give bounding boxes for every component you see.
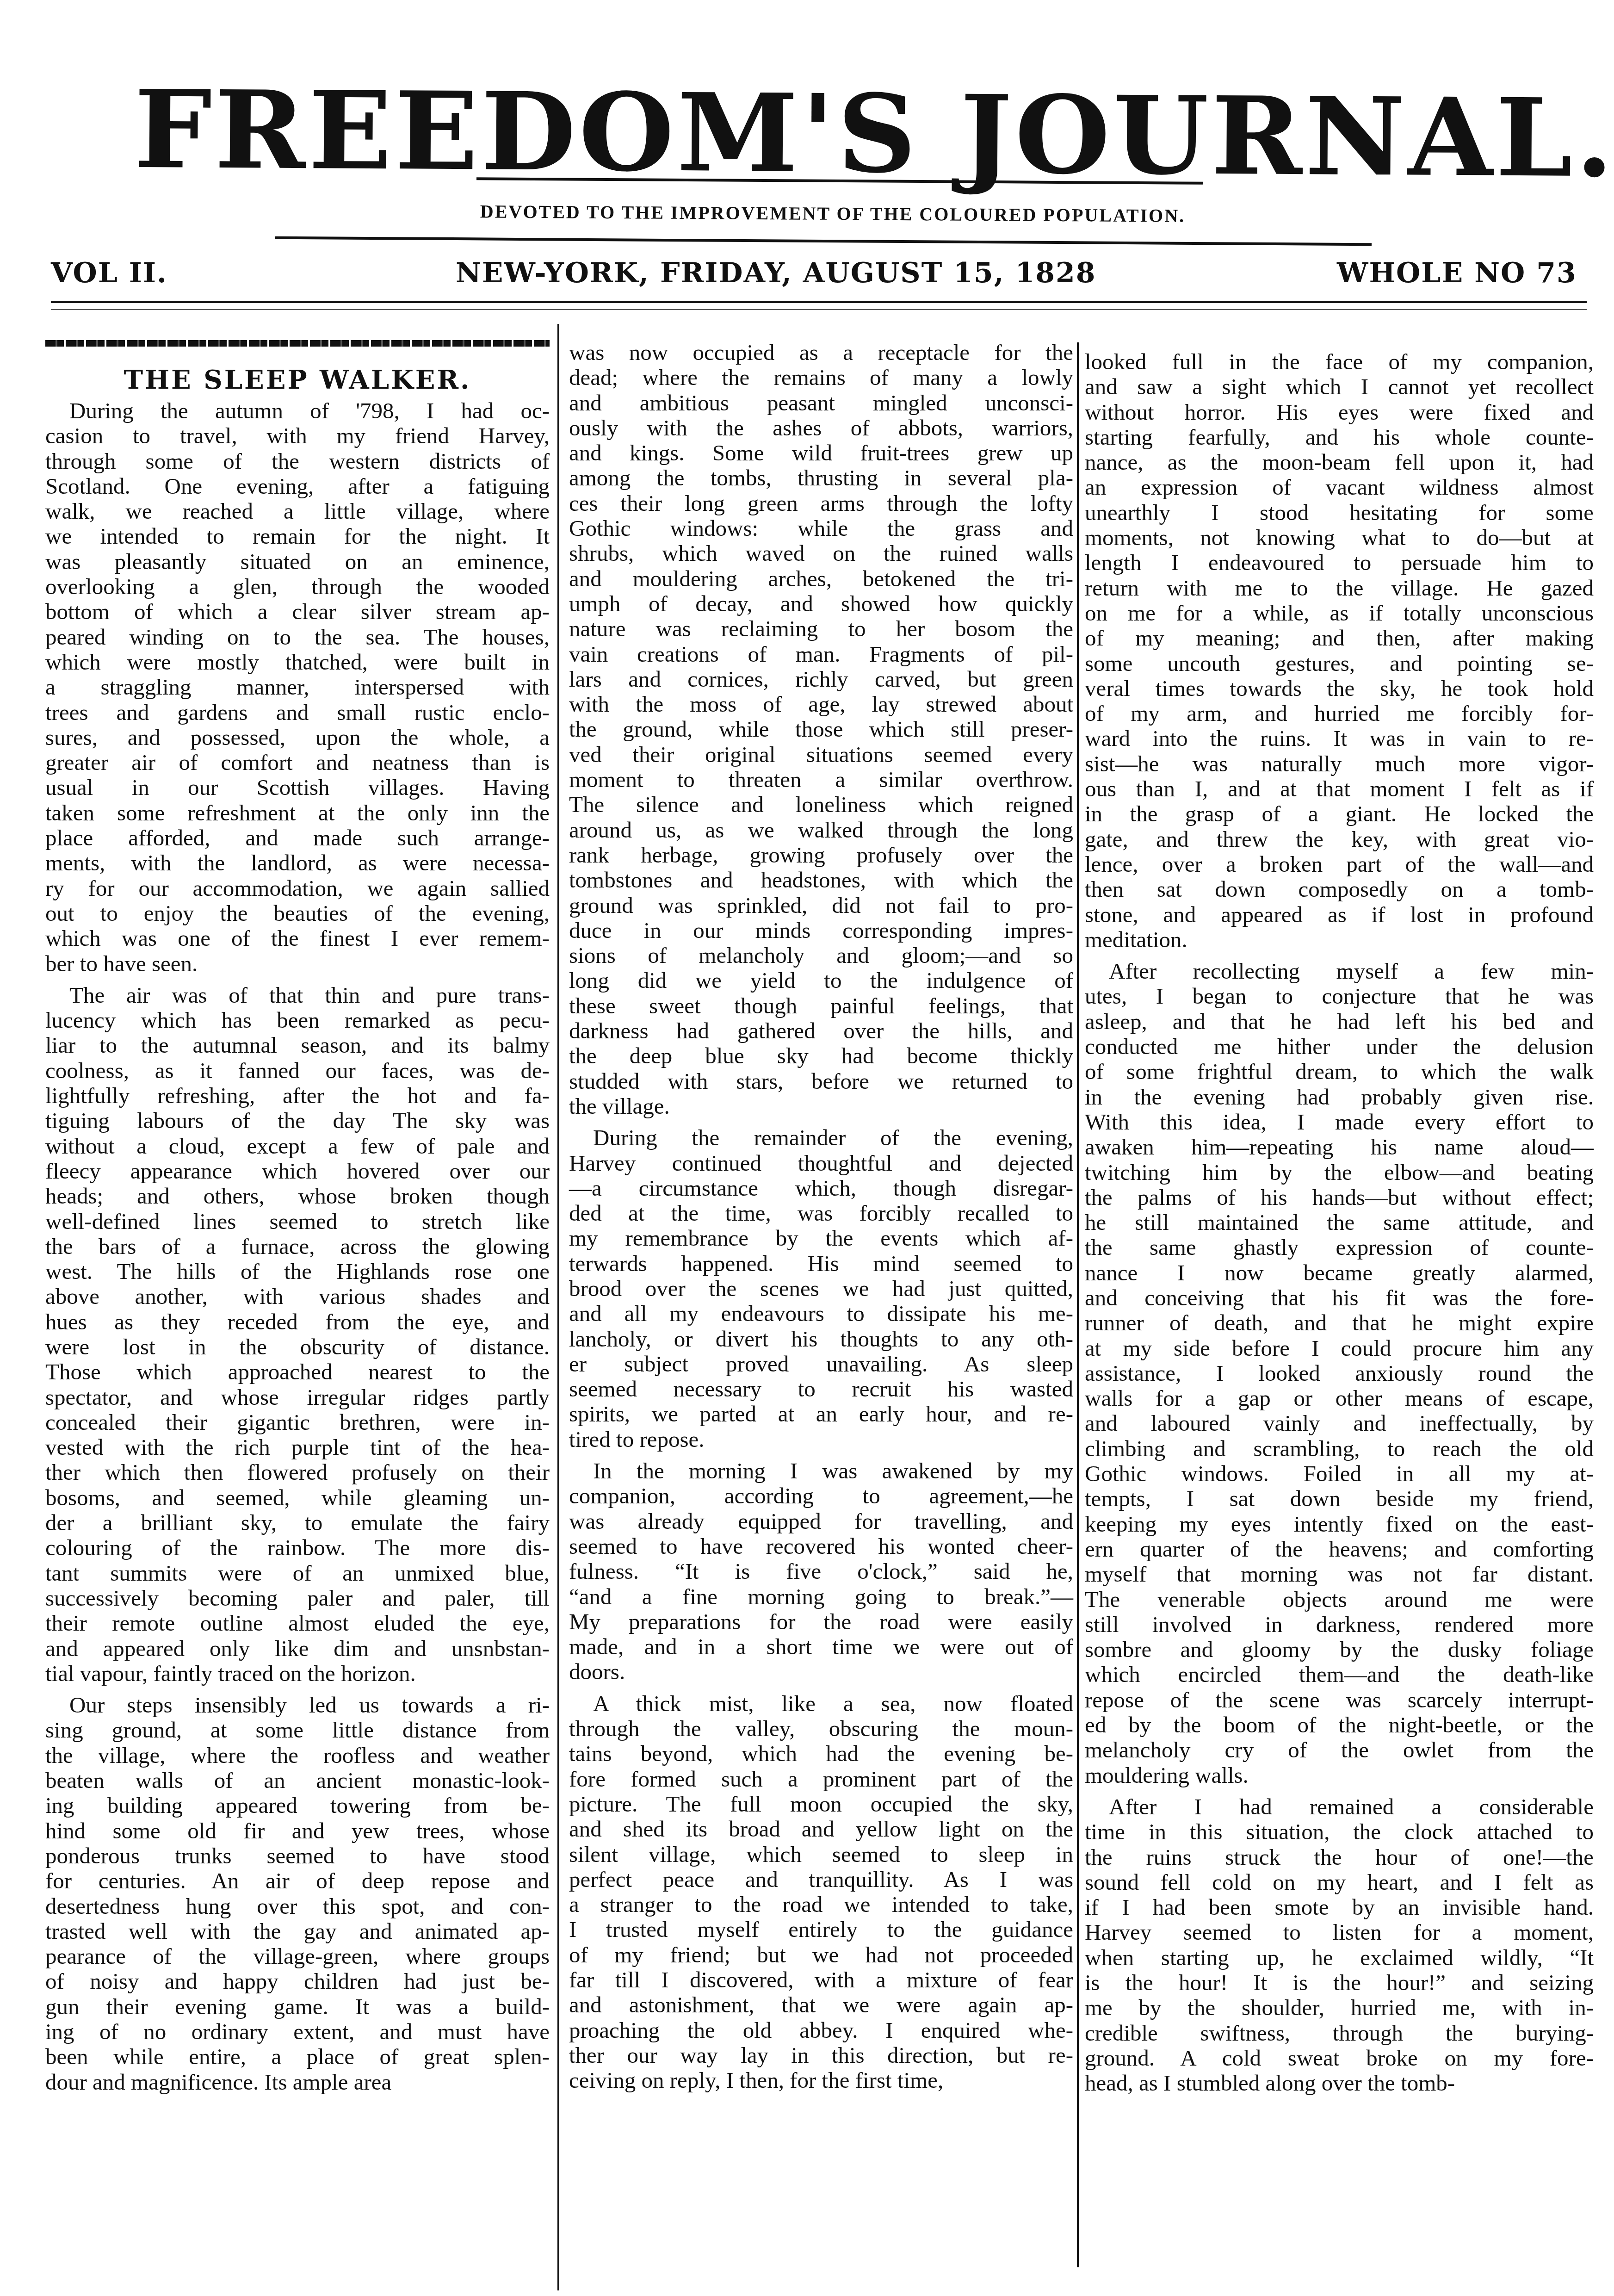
text-line: keeping my eyes intently fixed on the ea… [1085,1512,1594,1537]
text-line: sound fell cold on my heart, and I felt … [1085,1870,1594,1895]
text-line: place afforded, and made such arrange- [45,825,550,850]
text-line: length I endeavoured to persuade him to [1085,550,1594,575]
text-line: desertedness hung over this spot, and co… [45,1894,550,1919]
text-line: After recollecting myself a few min- [1085,959,1594,984]
article-paragraph: After recollecting myself a few min-utes… [1085,959,1594,1788]
article-column-3: looked full in the face of my companion,… [1085,349,1594,2096]
text-line: around us, as we walked through the long [569,818,1073,843]
text-line: unearthly I stood hesitating for some [1085,500,1594,525]
text-line: tempts, I sat down beside my friend, [1085,1486,1594,1511]
text-line: twitching him by the elbow—and beating [1085,1160,1594,1185]
text-line: vain creations of man. Fragments of pil- [569,642,1073,667]
text-line: credible swiftness, through the burying- [1085,2021,1594,2046]
text-line: head, as I stumbled along over the tomb- [1085,2071,1594,2096]
text-line: west. The hills of the Highlands rose on… [45,1259,550,1284]
text-line: sions of melancholy and gloom;—and so [569,943,1073,968]
text-line: when starting up, he exclaimed wildly, “… [1085,1945,1594,1970]
text-line: starting fearfully, and his whole counte… [1085,425,1594,450]
text-line: veral times towards the sky, he took hol… [1085,676,1594,701]
text-line: duce in our minds corresponding impres- [569,918,1073,943]
paragraph-gap [569,1119,1073,1125]
text-line: seemed necessary to recruit his wasted [569,1377,1073,1402]
text-line: perfect peace and tranquillity. As I was [569,1867,1073,1892]
text-line: walk, we reached a little village, where [45,499,550,524]
text-line: dour and magnificence. Its ample area [45,2070,550,2095]
text-line: ces their long green arms through the lo… [569,491,1073,516]
text-line: ing of no ordinary extent, and must have [45,2019,550,2044]
text-line: Scotland. One evening, after a fatiguing [45,474,550,499]
text-line: A thick mist, like a sea, now floated [569,1691,1073,1716]
text-line: moments, not knowing what to do—but at [1085,525,1594,550]
text-line: bosoms, and seemed, while gleaming un- [45,1485,550,1510]
text-line: utes, I began to conjecture that he was [1085,984,1594,1009]
text-line: these sweet though painful feelings, tha… [569,993,1073,1018]
text-line: doors. [569,1659,1073,1684]
article-paragraph: During the autumn of '798, I had oc-casi… [45,398,550,976]
text-line: mouldering walls. [1085,1763,1594,1788]
text-line: ing building appeared towering from be- [45,1793,550,1818]
text-line: Gothic windows. Foiled in all my at- [1085,1461,1594,1486]
article-paragraph: looked full in the face of my companion,… [1085,349,1594,952]
text-line: darkness had gathered over the hills, an… [569,1018,1073,1043]
text-line: tombstones and headstones, with which th… [569,868,1073,893]
text-line: and astonishment, that we were again ap- [569,1992,1073,2017]
text-line: without a cloud, except a few of pale an… [45,1134,550,1159]
text-line: usual in our Scottish villages. Having [45,775,550,800]
text-line: asleep, and that he had left his bed and [1085,1009,1594,1034]
text-line: if I had been smote by an invisible hand… [1085,1895,1594,1920]
text-line: trees and gardens and small rustic enclo… [45,700,550,725]
text-line: lars and cornices, richly carved, but gr… [569,667,1073,692]
text-line: tial vapour, faintly traced on the horiz… [45,1661,550,1686]
text-line: were lost in the obscurity of distance. [45,1334,550,1359]
text-line: hues as they receded from the eye, and [45,1309,550,1334]
text-line: er subject proved unavailing. As sleep [569,1352,1073,1377]
text-line: above another, with various shades and [45,1284,550,1309]
text-line: which was one of the finest I ever remem… [45,926,550,951]
text-line: ground was sprinkled, did not fail to pr… [569,893,1073,918]
text-line: meditation. [1085,927,1594,952]
column-divider-2 [1077,342,1079,2267]
text-line: a straggling manner, interspersed with [45,675,550,700]
text-line: and ambitious peasant mingled unconsci- [569,391,1073,416]
whole-number-label: WHOLE NO 73 [1337,257,1577,289]
text-line: runner of death, and that he might expir… [1085,1310,1594,1335]
text-line: out to enjoy the beauties of the evening… [45,901,550,926]
text-line: and kings. Some wild fruit-trees grew up [569,441,1073,465]
text-line: myself that morning was not far distant. [1085,1562,1594,1587]
text-line: heads; and others, whose broken though [45,1184,550,1209]
text-line: still involved in darkness, rendered mor… [1085,1612,1594,1637]
text-line: of my arm, and hurried me forcibly for- [1085,701,1594,726]
paragraph-gap [45,1686,550,1693]
text-line: far till I discovered, with a mixture of… [569,1967,1073,1992]
text-line: ed by the boom of the night-beetle, or t… [1085,1713,1594,1738]
text-line: tiguing labours of the day The sky was [45,1108,550,1133]
text-line: then sat down composedly on a tomb- [1085,877,1594,902]
text-line: “and a fine morning going to break.”— [569,1584,1073,1609]
text-line: among the tombs, thrusting in several pl… [569,465,1073,490]
text-line: on me for a while, as if totally unconsc… [1085,601,1594,626]
text-line: liar to the autumnal season, and its bal… [45,1033,550,1058]
paragraph-gap [569,1685,1073,1691]
paragraph-gap [569,1452,1073,1458]
text-line: der a brilliant sky, to emulate the fair… [45,1510,550,1535]
text-line: tired to repose. [569,1427,1073,1452]
text-line: overlooking a glen, through the wooded [45,574,550,599]
text-line: sing ground, at some little distance fro… [45,1718,550,1743]
text-line: long did we yield to the indulgence of [569,968,1073,993]
text-line: ded at the time, was forcibly recalled t… [569,1201,1073,1226]
text-line: my remembrance by the events which af- [569,1226,1073,1251]
text-line: The venerable objects around me were [1085,1587,1594,1612]
text-line: and mouldering arches, betokened the tri… [569,566,1073,591]
text-line: studded with stars, before we returned t… [569,1069,1073,1094]
text-line: ern quarter of the heavens; and comforti… [1085,1537,1594,1562]
text-line: at my side before I could procure him an… [1085,1336,1594,1361]
text-line: of my friend; but we had not proceeded [569,1942,1073,1967]
text-line: was now occupied as a receptacle for the [569,340,1073,365]
text-line: tant summits were of an unmixed blue, [45,1561,550,1586]
text-line: the village. [569,1094,1073,1119]
text-line: was pleasantly situated on an eminence, [45,549,550,574]
text-line: nature was reclaiming to her bosom the [569,616,1073,641]
text-line: some uncouth gestures, and pointing se- [1085,651,1594,676]
volume-label: VOL II. [51,257,167,289]
text-line: fore formed such a prominent part of the [569,1767,1073,1792]
text-line: through some of the western districts of [45,449,550,474]
dateline-rule-bottom [51,309,1587,310]
masthead-rule-long [275,236,1372,246]
text-line: ward into the ruins. It was in vain to r… [1085,726,1594,751]
text-line: their remote outline almost eluded the e… [45,1611,550,1636]
text-line: walls for a gap or other means of escape… [1085,1386,1594,1411]
text-line: return with me to the village. He gazed [1085,576,1594,601]
text-line: beaten walls of an ancient monastic-look… [45,1768,550,1793]
text-line: was already equipped for travelling, and [569,1509,1073,1534]
text-line: sombre and gloomy by the dusky foliage [1085,1637,1594,1662]
text-line: My preparations for the road were easily [569,1609,1073,1634]
text-line: ponderous trunks seemed to have stood [45,1843,550,1868]
text-line: rank herbage, growing profusely over the [569,843,1073,868]
text-line: without horror. His eyes were fixed and [1085,400,1594,425]
text-line: ry for our accommodation, we again salli… [45,876,550,901]
text-line: of noisy and happy children had just be- [45,1969,550,1994]
text-line: me by the shoulder, hurried me, with in- [1085,1995,1594,2020]
text-line: During the remainder of the evening, [569,1125,1073,1150]
text-line: conducted me hither under the delusion [1085,1034,1594,1059]
text-line: the palms of his hands—but without effec… [1085,1185,1594,1210]
text-line: moment to threaten a similar overthrow. [569,767,1073,792]
newspaper-title: FREEDOM'S JOURNAL. [134,69,1569,199]
text-line: hind some old fir and yew trees, whose [45,1818,550,1843]
text-line: vested with the rich purple tint of the … [45,1435,550,1460]
text-line: a stranger to the road we intended to ta… [569,1892,1073,1917]
text-line: repose of the scene was scarcely interru… [1085,1688,1594,1713]
text-line: ther which then flowered profusely on th… [45,1460,550,1485]
text-line: made, and in a short time we were out of [569,1634,1073,1659]
text-line: the village, where the roofless and weat… [45,1743,550,1768]
text-line: lightfully refreshing, after the hot and… [45,1083,550,1108]
text-line: Our steps insensibly led us towards a ri… [45,1693,550,1718]
article-paragraph: In the morning I was awakened by mycompa… [569,1458,1073,1685]
text-line: sist—he was naturally much more vigor- [1085,751,1594,776]
text-line: through the valley, obscuring the moun- [569,1716,1073,1741]
text-line: concealed their gigantic brethren, were … [45,1410,550,1435]
text-line: assistance, I looked anxiously round the [1085,1361,1594,1386]
text-line: companion, according to agreement,—he [569,1483,1073,1508]
text-line: With this idea, I made every effort to [1085,1110,1594,1135]
text-line: pearance of the village-green, where gro… [45,1944,550,1969]
text-line: trasted well with the gay and animated a… [45,1919,550,1944]
text-line: spectator, and whose irregular ridges pa… [45,1385,550,1410]
article-headline: THE SLEEP WALKER. [45,361,550,398]
text-line: proaching the old abbey. I enquired whe- [569,2018,1073,2043]
text-line: in the evening had probably given rise. [1085,1085,1594,1110]
text-line: peared winding on to the sea. The houses… [45,625,550,650]
article-paragraph: A thick mist, like a sea, now floatedthr… [569,1691,1073,2093]
text-line: dead; where the remains of many a lowly [569,365,1073,390]
text-line: fleecy appearance which hovered over our [45,1159,550,1184]
text-line: lence, over a broken part of the wall—an… [1085,852,1594,877]
issue-dateline: NEW-YORK, FRIDAY, AUGUST 15, 1828 [456,257,1096,289]
text-line: sures, and possessed, upon the whole, a [45,725,550,750]
text-line: ber to have seen. [45,951,550,976]
text-line: In the morning I was awakened by my [569,1458,1073,1483]
text-line: the same ghastly expression of counte- [1085,1235,1594,1260]
text-line: with the moss of age, lay strewed about [569,692,1073,717]
text-line: ground. A cold sweat broke on my fore- [1085,2046,1594,2071]
text-line: Harvey seemed to listen for a moment, [1085,1920,1594,1945]
text-line: After I had remained a considerable [1085,1794,1594,1819]
text-line: and saw a sight which I cannot yet recol… [1085,374,1594,399]
text-line: ceiving on reply, I then, for the first … [569,2068,1073,2093]
paragraph-gap [1085,952,1594,959]
text-line: silent village, which seemed to sleep in [569,1842,1073,1867]
article-paragraph: After I had remained a considerabletime … [1085,1794,1594,2096]
text-line: which encircled them—and the death-like [1085,1662,1594,1687]
text-line: been while entire, a place of great sple… [45,2044,550,2069]
column-body: looked full in the face of my companion,… [1085,349,1594,2096]
text-line: bottom of which a clear silver stream ap… [45,599,550,624]
article-column-1: THE SLEEP WALKER. During the autumn of '… [45,345,550,2095]
text-line: the deep blue sky had become thickly [569,1043,1073,1068]
paragraph-gap [45,976,550,983]
text-line: I trusted myself entirely to the guidanc… [569,1917,1073,1942]
column-divider-1 [557,324,559,2290]
text-line: taken some refreshment at the only inn t… [45,800,550,825]
text-line: successively becoming paler and paler, t… [45,1586,550,1611]
text-line: stone, and appeared as if lost in profou… [1085,902,1594,927]
text-line: and conceiving that his fit was the fore… [1085,1285,1594,1310]
dateline-rule-top [51,301,1587,303]
text-line: which were mostly thatched, were built i… [45,650,550,675]
text-line: Those which approached nearest to the [45,1359,550,1384]
text-line: nance, as the moon-beam fell upon it, ha… [1085,450,1594,475]
column-body: During the autumn of '798, I had oc-casi… [45,398,550,2095]
text-line: the ruins struck the hour of one!—the [1085,1845,1594,1870]
text-line: nance I now became greatly alarmed, [1085,1260,1594,1285]
text-line: The silence and loneliness which reigned [569,792,1073,817]
text-line: ther our way lay in this direction, but … [569,2043,1073,2068]
article-paragraph: During the remainder of the evening,Harv… [569,1125,1073,1452]
text-line: melancholy cry of the owlet from the [1085,1738,1594,1762]
text-line: the bars of a furnace, across the glowin… [45,1234,550,1259]
text-line: tains beyond, which had the evening be- [569,1741,1073,1766]
text-line: and shed its broad and yellow light on t… [569,1817,1073,1842]
text-line: gate, and threw the key, with great vio- [1085,827,1594,852]
text-line: seemed to have recovered his wonted chee… [569,1534,1073,1559]
text-line: we intended to remain for the night. It [45,524,550,549]
text-line: he still maintained the same attitude, a… [1085,1210,1594,1235]
text-line: spirits, we parted at an early hour, and… [569,1402,1073,1427]
text-line: ously with the ashes of abbots, warriors… [569,416,1073,441]
text-line: in the grasp of a giant. He locked the [1085,801,1594,826]
text-line: shrubs, which waved on the ruined walls [569,541,1073,566]
text-line: umph of decay, and showed how quickly [569,591,1073,616]
text-line: lancholy, or divert his thoughts to any … [569,1327,1073,1352]
text-line: awaken him—repeating his name aloud— [1085,1135,1594,1160]
article-paragraph: The air was of that thin and pure trans-… [45,983,550,1686]
text-line: the ground, while those which still pres… [569,717,1073,742]
text-line: and laboured vainly and ineffectually, b… [1085,1411,1594,1436]
text-line: The air was of that thin and pure trans- [45,983,550,1008]
text-line: ous than I, and at that moment I felt as… [1085,776,1594,801]
text-line: fulness. “It is five o'clock,” said he, [569,1559,1073,1584]
text-line: During the autumn of '798, I had oc- [45,398,550,423]
text-line: colouring of the rainbow. The more dis- [45,1535,550,1560]
text-line: well-defined lines seemed to stretch lik… [45,1209,550,1234]
newspaper-motto: DEVOTED TO THE IMPROVEMENT OF THE COLOUR… [324,199,1342,227]
text-line: time in this situation, the clock attach… [1085,1819,1594,1844]
text-line: picture. The full moon occupied the sky, [569,1792,1073,1817]
text-line: gun their evening game. It was a build- [45,1994,550,2019]
text-line: an expression of vacant wildness almost [1085,475,1594,500]
text-line: for centuries. An air of deep repose and [45,1868,550,1893]
text-line: and appeared only like dim and unsnbstan… [45,1636,550,1661]
column-body: was now occupied as a receptacle for the… [569,340,1073,2093]
text-line: and all my endeavours to dissipate his m… [569,1301,1073,1326]
text-line: looked full in the face of my companion, [1085,349,1594,374]
text-line: Gothic windows: while the grass and [569,516,1073,541]
text-line: ments, with the landlord, as were necess… [45,850,550,875]
text-line: terwards happened. His mind seemed to [569,1251,1073,1276]
text-line: greater air of comfort and neatness than… [45,750,550,775]
text-line: lucency which has been remarked as pecu- [45,1008,550,1033]
article-paragraph: was now occupied as a receptacle for the… [569,340,1073,1119]
article-column-2: was now occupied as a receptacle for the… [569,340,1073,2093]
text-line: casion to travel, with my friend Harvey, [45,423,550,448]
text-line: is the hour! It is the hour!” and seizin… [1085,1970,1594,1995]
text-line: ved their original situations seemed eve… [569,742,1073,767]
text-line: coolness, as it fanned our faces, was de… [45,1058,550,1083]
article-paragraph: Our steps insensibly led us towards a ri… [45,1693,550,2095]
text-line: brood over the scenes we had just quitte… [569,1276,1073,1301]
text-line: of some frightful dream, to which the wa… [1085,1059,1594,1084]
text-line: Harvey continued thoughtful and dejected [569,1151,1073,1176]
text-line: climbing and scrambling, to reach the ol… [1085,1436,1594,1461]
paragraph-gap [1085,1788,1594,1794]
text-line: of my meaning; and then, after making [1085,626,1594,651]
text-line: —a circumstance which, though disregar- [569,1176,1073,1201]
